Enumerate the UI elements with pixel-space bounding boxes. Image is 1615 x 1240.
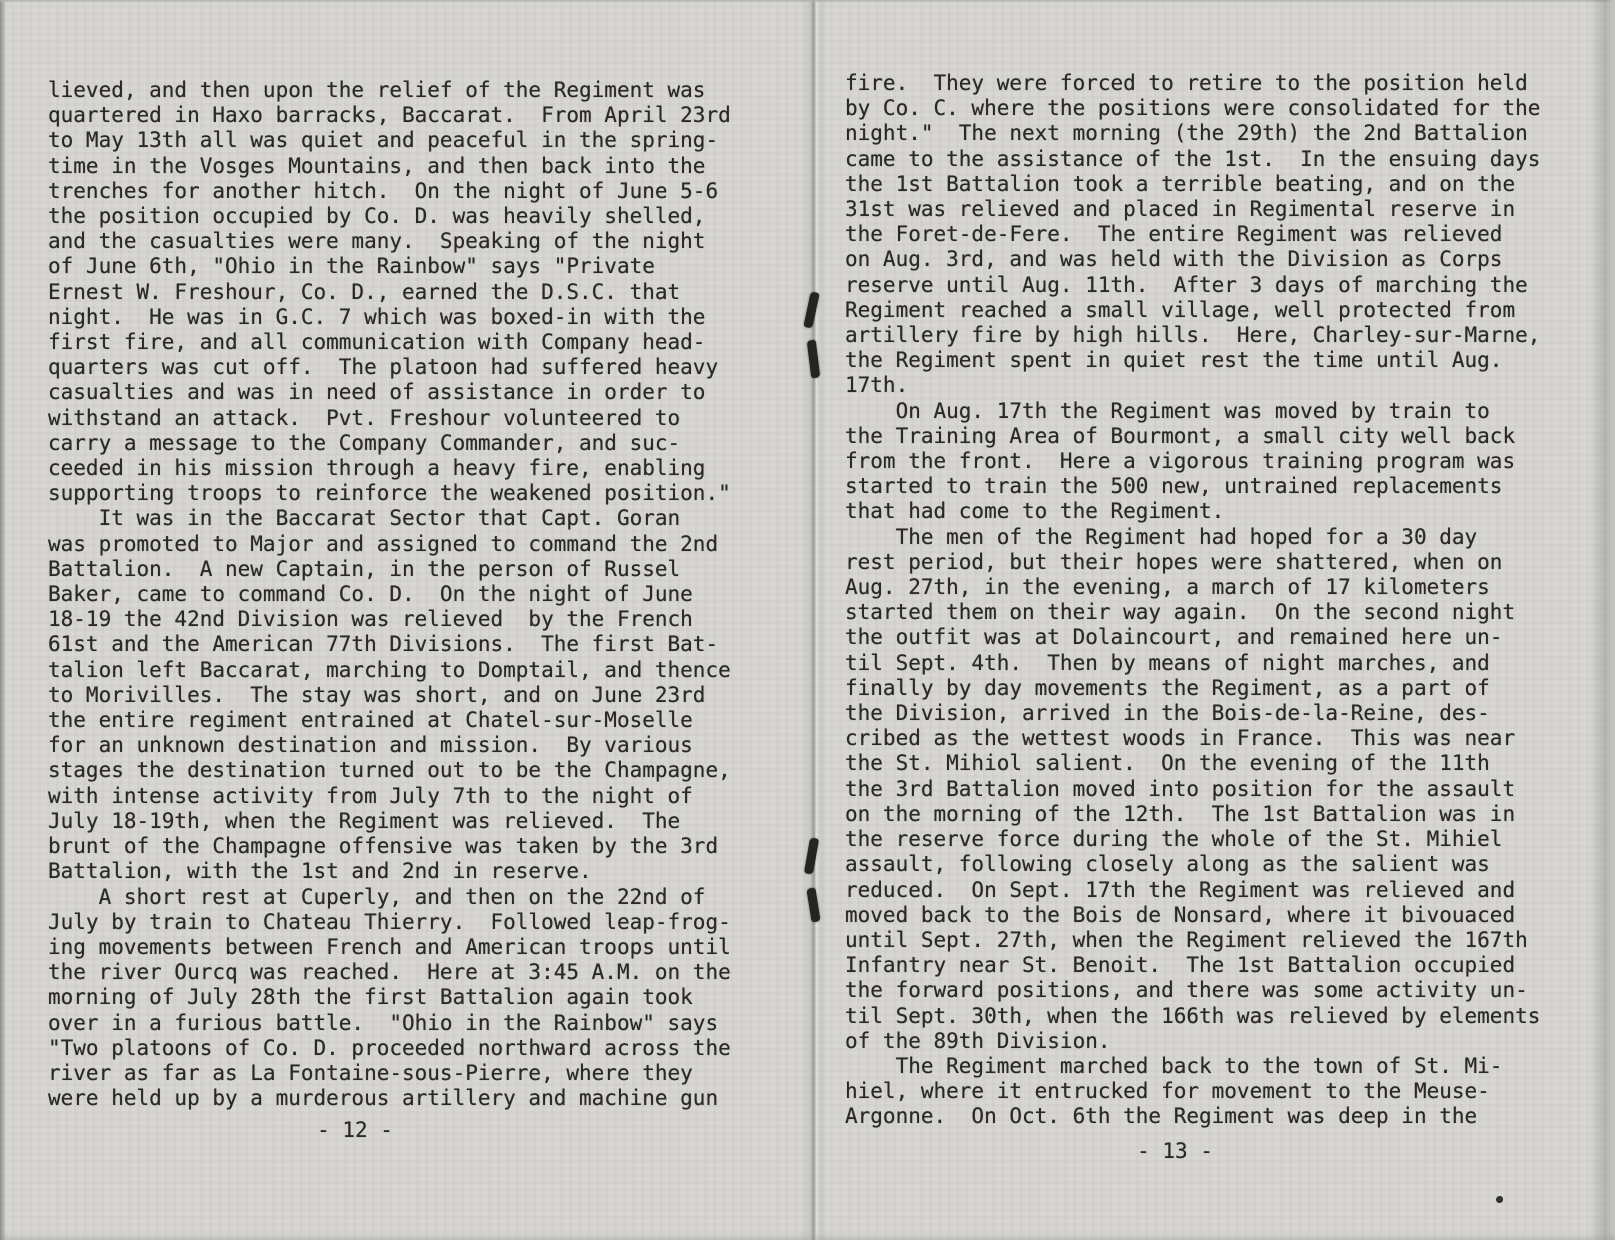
page-right-number: - 13 - xyxy=(845,1139,1505,1164)
scan-edge-right xyxy=(1590,0,1615,1240)
scan-edge-top xyxy=(0,0,1615,3)
scan-edge-left xyxy=(0,0,6,1240)
book-spread: lieved, and then upon the relief of the … xyxy=(0,0,1615,1240)
page-left-text: lieved, and then upon the relief of the … xyxy=(48,78,731,1111)
ink-speck xyxy=(1496,1196,1503,1203)
gutter-crease xyxy=(800,0,828,1240)
scan-edge-bottom xyxy=(0,1232,1615,1240)
page-left-number: - 12 - xyxy=(48,1118,662,1143)
page-right-text: fire. They were forced to retire to the … xyxy=(845,71,1540,1130)
